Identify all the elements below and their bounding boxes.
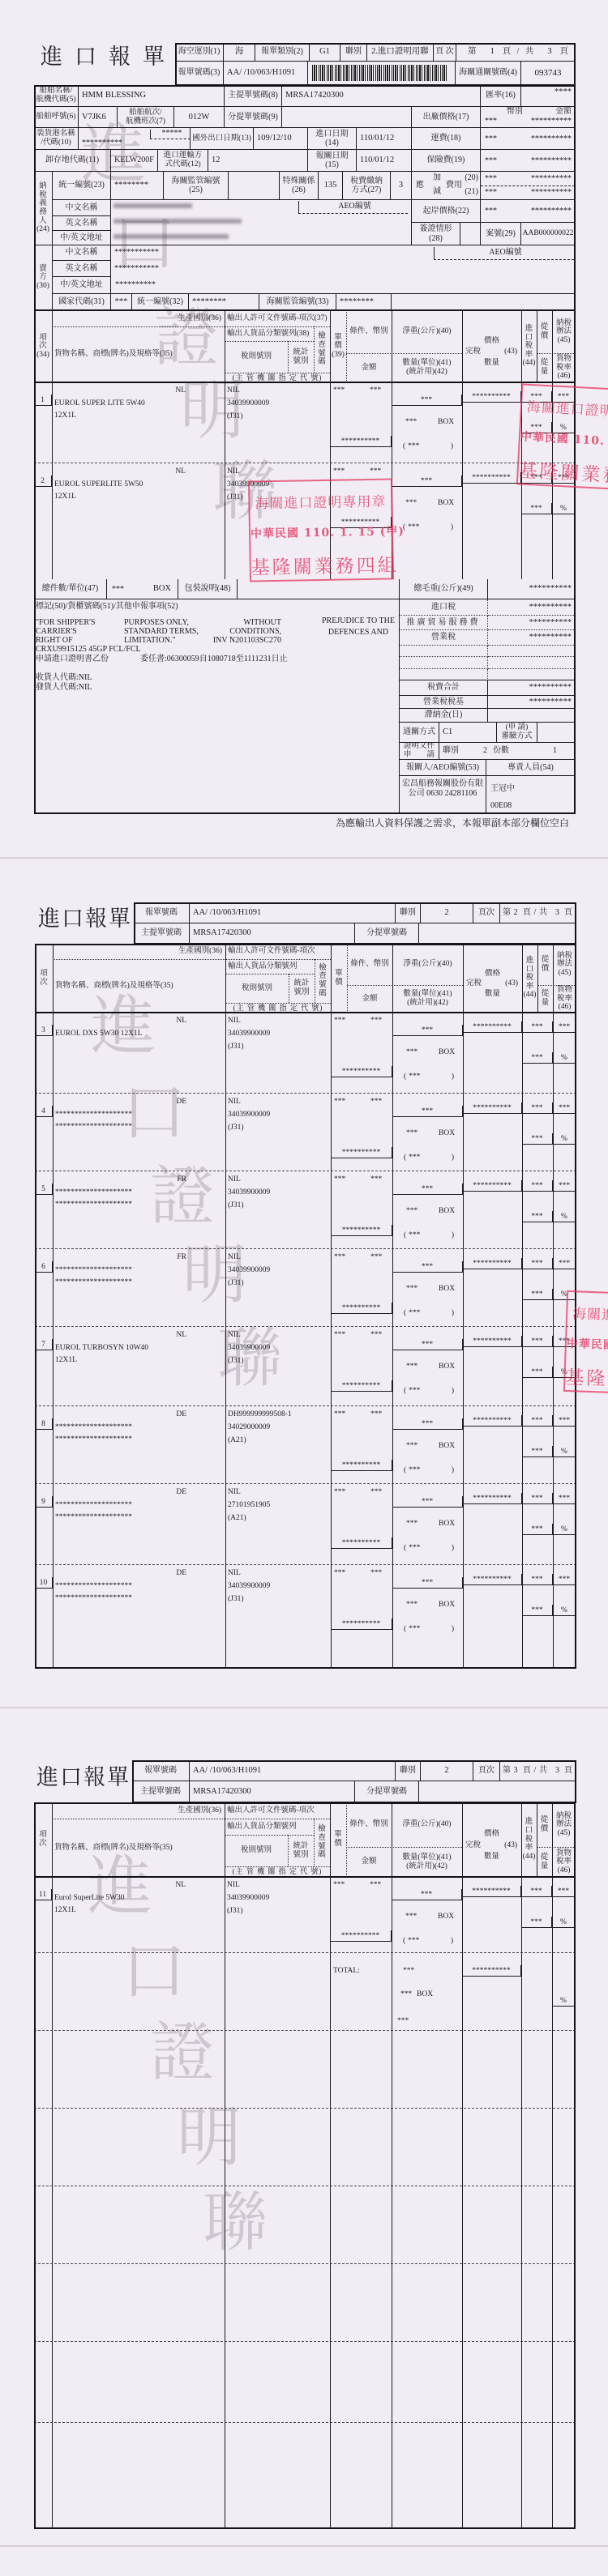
item-number: 2 — [34, 476, 52, 487]
permit-number: NIL — [227, 385, 328, 396]
dutiable-value: ********** — [463, 1336, 522, 1347]
header-tariff-no: 稅則號別 — [225, 974, 289, 1003]
import-duty-rate: *** — [522, 1258, 553, 1269]
total-net-weight: *** — [403, 1965, 427, 1977]
header-dutiable-no: (43) — [488, 347, 520, 356]
remarks-statement-text: PURPOSES ONLY, — [124, 618, 189, 627]
column-divider — [553, 1013, 554, 1669]
insurance-currency: *** — [485, 156, 497, 166]
taxpayer-address-label: 中/英文地址 — [53, 231, 111, 245]
total-row: TOTAL:******BOX*************% — [34, 1953, 576, 2031]
adjust-fee-label: 費用 — [446, 181, 462, 190]
column-divider — [330, 1877, 331, 2529]
tax-blank-value — [488, 669, 576, 680]
fob-price-cell: 幣別 金額 *** ********** — [481, 107, 576, 128]
permit-number: NIL — [227, 466, 328, 477]
freight-label: 運費(18) — [412, 128, 481, 150]
declaration-no-value: AA/ /10/063/H1091 — [190, 1760, 396, 1781]
terms-currency: *** — [370, 1567, 392, 1579]
commodity-tax-rate: % — [553, 1605, 576, 1616]
items-table-header: 項 次生產國別(36)貨物名稱、商標(牌名)及規格等(35)輸出人許可文件號碼-… — [35, 944, 576, 1013]
header-specific: 從 量 — [537, 1847, 552, 1877]
permit-number: NIL — [228, 1329, 329, 1341]
column-divider — [53, 1013, 54, 1669]
exchange-rate-label: 匯率(16) — [481, 85, 521, 107]
column-divider — [225, 944, 226, 1013]
quantity-unit: BOX — [439, 1440, 460, 1452]
column-divider — [537, 1802, 537, 1877]
certificate-count-label: 份數 — [493, 746, 509, 756]
goods-description: ******************** — [55, 1593, 221, 1604]
import-duty-rate: *** — [521, 1886, 552, 1897]
import-duty-rate: *** — [522, 1021, 553, 1033]
storage-code-value: KELW200F — [111, 150, 158, 172]
clearance-no-value: 093743 — [521, 62, 576, 85]
column-divider — [314, 1819, 315, 1866]
column-divider — [392, 944, 393, 1013]
header-permit-no: 輸出人許可文件號碼-項次 — [225, 1802, 330, 1819]
header-permit-no: 輸出人許可文件號碼-項次(37) — [225, 310, 330, 326]
statistical-quantity: *** — [404, 1071, 454, 1082]
column-divider — [331, 1013, 332, 1669]
empty-item-row — [34, 2423, 576, 2529]
import-duty-label: 進口稅 — [400, 599, 488, 616]
statistical-quantity: *** — [404, 1307, 454, 1319]
agency-code: (J31) — [228, 1200, 329, 1211]
tax-blank-label — [400, 646, 488, 657]
loading-port-cell: ********** ***** — [79, 128, 191, 150]
call-sign-value: V7JK6 — [79, 107, 118, 128]
tariff-number: 34039900009 — [227, 398, 328, 409]
agency-code: (J31) — [228, 1593, 329, 1605]
column-divider — [522, 944, 523, 1013]
row-divider — [537, 353, 576, 354]
power-of-attorney: 委任書:06300059自1080718至1111231日止 — [140, 655, 288, 663]
quantity-unit: BOX — [439, 1283, 460, 1294]
statistical-quantity: *** — [404, 1465, 454, 1476]
header-stat-no: 統計 號別 — [288, 341, 314, 373]
item-number: 3 — [35, 1025, 53, 1036]
declaration-no-label: 報單號碼(3) — [175, 62, 224, 85]
stamp-office: 基隆關業務四組 — [565, 1363, 608, 1394]
header-price: 價格 — [462, 336, 521, 346]
seller-customs-id-value: ******** — [336, 294, 392, 310]
statistical-quantity: *** — [404, 1542, 454, 1554]
specific-duty-rate: *** — [522, 1605, 553, 1616]
column-divider — [225, 1877, 225, 2529]
quantity: *** — [405, 1911, 430, 1922]
seller-country-value: *** — [111, 294, 132, 310]
insurance-cell: *** ********** — [481, 150, 576, 172]
deduct-currency: *** — [485, 188, 497, 198]
tax-blank-value — [488, 646, 576, 657]
late-fee-label: 滯納金(日) — [400, 709, 488, 723]
stamp-date: 中華民國 110. 1. 15 (甲) — [520, 428, 608, 451]
header-price: 價格 — [462, 1829, 521, 1839]
column-divider — [521, 1877, 522, 2529]
declaration-type-label: 報單類別(2) — [255, 43, 310, 62]
inspection-method-value — [537, 723, 576, 743]
seller-country-label: 國家代碼(31) — [53, 294, 111, 310]
currency-label: 幣別 — [507, 107, 523, 117]
copy-label: 聯別 — [396, 902, 421, 923]
goods-description: Eurol SuperLite 5W30 — [54, 1892, 221, 1904]
specific-duty-rate: *** — [521, 1917, 552, 1928]
seller-group-label: 賣 方 (30) — [34, 245, 53, 310]
master-bl-label: 主提單號碼(8) — [225, 85, 282, 107]
header-duty-rate: 進 口 稅 率 (44) — [521, 1802, 537, 1877]
statistical-quantity: *** — [404, 1152, 454, 1163]
remarks-statement-text: STANDARD TERMS, — [124, 627, 199, 636]
specific-duty-rate: *** — [522, 1446, 553, 1457]
import-date-label: 進口日期(14) — [308, 128, 357, 150]
column-divider — [346, 1802, 347, 1877]
unit-price: *** — [333, 385, 353, 396]
tariff-number: 27101951905 — [228, 1499, 329, 1511]
item-number: 11 — [34, 1889, 52, 1900]
fob-amount: ********** — [531, 117, 572, 126]
customs-stamp: 海關進口證明專用章 中華民國 110. 1. 15 (甲) 基隆關業務四組 — [248, 478, 394, 582]
terms-currency: *** — [370, 1486, 392, 1498]
origin-country: DE — [140, 1567, 186, 1579]
column-divider — [53, 944, 54, 1013]
stamp-title: 海關進口證明專用章 — [250, 489, 391, 512]
declare-date-label: 報關日期(15) — [308, 150, 357, 172]
master-bl-value: MRSA17420300 — [282, 85, 481, 107]
column-divider — [347, 944, 348, 1013]
dutiable-value: ********** — [463, 1415, 522, 1427]
remarks-statement-text: DEFENCES AND — [319, 628, 397, 637]
column-divider — [314, 326, 315, 373]
remarks-statement-text: "FOR SHIPPER'S — [36, 618, 95, 627]
origin-country: FR — [140, 1174, 186, 1185]
packing-value — [238, 579, 400, 599]
commodity-tax-rate: % — [552, 503, 576, 514]
stamp-office: 基隆關業務四組 — [518, 455, 608, 489]
header-stat-no: 統計 號別 — [288, 1835, 314, 1866]
column-divider — [552, 310, 553, 382]
page-edge — [0, 857, 608, 859]
header-item-no: 項 次 — [35, 944, 53, 1013]
agency-code: (A21) — [228, 1435, 329, 1446]
remarks-statement-text: LIMITATION." — [124, 636, 176, 645]
tax-total-label: 稅費合計 — [400, 680, 488, 696]
origin-country: NL — [140, 1329, 186, 1341]
master-bl-label: 主提單號碼 — [132, 1781, 190, 1802]
copy-label: 聯別 — [340, 43, 367, 62]
declaration-type-value: G1 — [310, 43, 340, 62]
item-row: 5FR*************************************… — [35, 1171, 576, 1249]
terms-currency: *** — [370, 1329, 392, 1341]
remarks-section: 標記(50)/貨櫃號碼(51)/其他申報事項(52) "FOR SHIPPER'… — [34, 599, 400, 814]
tax-method: *** — [553, 1258, 576, 1269]
cif-label: 起岸價格(22) — [412, 200, 481, 223]
total-quantity: *** — [400, 1989, 418, 2000]
origin-country: FR — [140, 1252, 186, 1263]
dutiable-value: ********** — [462, 391, 521, 403]
broker-cell: 宏昌船務報關股份有限公司 0630 24281106 — [400, 776, 486, 814]
column-divider — [553, 944, 554, 1013]
header-dutiable-qty: 數量 — [462, 358, 521, 368]
payment-method-label: 稅費繳納 方式(27) — [343, 172, 391, 200]
seller-name-en: *********** — [114, 264, 159, 274]
gross-weight-value: ********** — [488, 579, 576, 599]
import-duty-rate: *** — [522, 1574, 553, 1585]
special-relation-label: 特殊關係 (26) — [280, 172, 319, 200]
unit-price: *** — [334, 1329, 353, 1341]
item-row: 3NLEUROL DXS 5W30 12X1LNIL34039900009(J3… — [35, 1013, 576, 1094]
page-indicator: 第3 頁/共 3 頁 — [500, 1760, 576, 1781]
column-divider — [52, 1802, 53, 1877]
remarks-statement-text: PREJUDICE TO THE — [319, 616, 397, 625]
header-duty-rate: 進 口 稅 率 (44) — [521, 310, 537, 382]
page-edge — [0, 2545, 608, 2547]
house-bl-value — [419, 1781, 576, 1802]
add-amount: ********** — [531, 174, 572, 184]
house-bl-value — [282, 107, 412, 128]
commodity-tax-rate: % — [553, 1211, 576, 1222]
container-info: CRXU9915125 45GP FCL/FCL — [36, 645, 141, 654]
add-currency: *** — [485, 174, 497, 184]
quantity: *** — [406, 1205, 430, 1217]
quantity-unit: BOX — [439, 1128, 460, 1139]
header-unit-price: 單 價 — [331, 944, 347, 1013]
header-dutiable-qty: 數量 — [463, 989, 522, 999]
header-item-no: 項 次 — [34, 1802, 52, 1877]
header-goods-description: 貨物名稱、商標(牌名)及規格等(35) — [52, 1819, 225, 1877]
header-amount: 金額 — [347, 985, 392, 1013]
quantity: *** — [406, 1361, 430, 1372]
certificate-request: 申請進口證明書乙份 — [36, 655, 109, 663]
origin-country: DE — [140, 1486, 186, 1498]
column-divider — [288, 1835, 289, 1866]
quantity: *** — [406, 1283, 430, 1294]
barcode-cell — [308, 62, 456, 85]
total-statistical-quantity: *** — [397, 2015, 422, 2027]
column-divider — [552, 1877, 553, 2529]
column-divider — [392, 310, 392, 382]
clearance-method-label: 通關方式 — [400, 723, 439, 743]
net-weight: *** — [392, 476, 462, 487]
case-no-value: AAB000000022 — [521, 223, 576, 245]
statistical-quantity: *** — [404, 1230, 454, 1241]
certificate-copy-label: 聯別 — [443, 746, 459, 756]
header-commodity-tax-rate: 貨物 稅率 (46) — [552, 353, 576, 382]
column-divider — [331, 944, 332, 1013]
unit-price: *** — [333, 1879, 353, 1891]
net-weight: *** — [392, 395, 462, 406]
freight-cell: *** ********** — [481, 128, 576, 150]
item-row: 11NLEurol SuperLite 5W3012X1LNIL34039900… — [34, 1877, 576, 1953]
commodity-tax-rate: % — [553, 1446, 576, 1457]
loading-port-code: ***** — [150, 130, 191, 139]
unit-price: *** — [334, 1015, 353, 1026]
total-packages-label: 總件數/單位(47) — [34, 579, 107, 599]
header-unit-price: 單 價 (39) — [330, 310, 346, 382]
goods-description: ******************** — [55, 1121, 221, 1132]
item-row: 10DE************************************… — [35, 1565, 576, 1669]
late-fee-value — [488, 709, 576, 723]
tax-blank-label — [400, 669, 488, 680]
stamp-date: 中華民國 110. 1. 15 (甲) — [250, 522, 392, 541]
item-row: 6FR*************************************… — [35, 1249, 576, 1327]
goods-description: 12X1L — [54, 1904, 221, 1916]
column-divider — [552, 1802, 553, 1877]
statistical-quantity: *** — [403, 441, 453, 452]
permit-number: NIL — [228, 1096, 329, 1107]
dutiable-value: ********** — [463, 1574, 522, 1585]
terms-currency: *** — [370, 1879, 391, 1891]
commodity-tax-rate: % — [553, 1524, 576, 1535]
seller-name-zh: *********** — [114, 248, 159, 258]
stamp-title: 海關進口證明專用章 — [567, 1302, 608, 1327]
officer-cell: 王冠中 00E08 — [486, 776, 576, 814]
header-goods-description: 貨物名稱、商標(牌名)及規格等(35) — [52, 326, 225, 382]
item-number: 9 — [35, 1496, 53, 1508]
master-bl-label: 主提單號碼 — [134, 923, 190, 944]
origin-country: NL — [139, 466, 186, 477]
total-label: TOTAL: — [333, 1965, 382, 1977]
business-tax-label: 營業稅 — [400, 630, 488, 646]
tax-method: *** — [553, 1493, 576, 1504]
terms-currency: *** — [370, 1174, 392, 1185]
dutiable-value: ********** — [463, 1102, 522, 1114]
quantity-unit: BOX — [439, 1047, 460, 1058]
origin-country: DE — [140, 1409, 186, 1420]
freight-currency: *** — [485, 134, 497, 144]
cif-amount: ********** — [531, 207, 572, 216]
house-bl-label: 分提單號碼 — [355, 923, 419, 944]
call-sign-label: 船舶呼號(6) — [34, 107, 79, 128]
seller-name-en-label: 英文名稱 — [53, 261, 111, 277]
quantity-unit: BOX — [439, 1599, 460, 1610]
row-divider — [225, 1835, 314, 1836]
seller-id-value: ******** — [189, 294, 259, 310]
total-packages-cell: *** BOX — [107, 579, 178, 599]
item-number: 10 — [35, 1577, 53, 1589]
vat-base-label: 營業稅稅基 — [400, 696, 488, 709]
trade-promotion-fee-value: ********** — [488, 616, 576, 630]
header-price: 價格 — [463, 969, 522, 979]
taxpayer-aeo-field: AEO編號 — [298, 201, 408, 214]
tax-method: *** — [553, 1415, 576, 1427]
seller-id-label: 統一編號(32) — [132, 294, 189, 310]
import-declaration-scan: 進 口 證 明 聯 進口報單 海空運別(1) 海 報單類別(2) G1 聯別 2… — [0, 0, 608, 2576]
trade-promotion-fee-label: 推廣貿易服務費 — [400, 616, 488, 630]
statistical-quantity: *** — [403, 1935, 453, 1947]
voyage-label: 船舶航次/ 航機班次(7) — [118, 107, 174, 128]
inspection-method-label: (申 請) 審驗方式 — [497, 723, 537, 743]
items-table: 項 次生產國別(36)貨物名稱、商標(牌名)及規格等(35)輸出人許可文件號碼-… — [34, 1802, 576, 2529]
row-divider — [225, 373, 330, 373]
net-weight: *** — [392, 1025, 463, 1036]
seller-customs-id-label: 海關監管編號(33) — [259, 294, 336, 310]
dashed-separator — [481, 186, 575, 186]
header-net-weight: 淨重(公斤)(40) — [392, 310, 462, 353]
broker-name: 宏昌船務報關股份有限公司 0630 24281106 — [402, 779, 483, 799]
statistical-quantity: *** — [404, 1623, 454, 1635]
item-row: 9DE*************************************… — [35, 1484, 576, 1565]
unit-price: *** — [334, 1409, 353, 1420]
origin-country: NL — [139, 385, 186, 396]
header-quantity: 數量(單位)(41) (統計用)(42) — [392, 353, 462, 382]
amount: ********** — [331, 1619, 392, 1630]
header-tariff-no: 稅則號別 — [225, 341, 288, 373]
item-row: 4DE*************************************… — [35, 1094, 576, 1171]
goods-description: ******************** — [55, 1580, 221, 1592]
item-number: 6 — [35, 1261, 53, 1273]
quantity: *** — [406, 1128, 430, 1139]
row-divider — [52, 1819, 225, 1819]
dutiable-value: ********** — [463, 1021, 522, 1033]
cif-currency: *** — [485, 207, 497, 216]
column-divider — [288, 341, 289, 373]
copy-value: 2 — [421, 902, 473, 923]
header-origin: 生產國別(36) — [53, 944, 225, 959]
header-origin: 生產國別(36) — [52, 1802, 225, 1819]
header-dutiable-no: (43) — [488, 1840, 520, 1850]
net-weight: *** — [392, 1418, 463, 1430]
goods-description: EUROL DXS 5W30 12X1L — [55, 1028, 221, 1039]
header-stat-no: 統計 號別 — [289, 974, 315, 1003]
insurance-label: 保險費(19) — [412, 150, 481, 172]
commodity-tax-rate: % — [553, 1052, 576, 1064]
header-origin: 生產國別(36) — [52, 310, 225, 326]
quantity: *** — [406, 1599, 430, 1610]
amount: ********** — [331, 1147, 392, 1158]
declaration-no-label: 報單號碼 — [134, 902, 190, 923]
voyage-value: 012W — [174, 107, 225, 128]
column-divider — [392, 1877, 392, 2529]
visa-label: 簽證情形 (28) — [412, 223, 460, 245]
column-divider — [462, 310, 463, 382]
consignor-code: 發貨人代碼:NIL — [36, 683, 92, 692]
page-label: 頁 次 — [434, 43, 456, 62]
permit-number: NIL — [228, 1486, 329, 1498]
officer-name: 王冠中 — [490, 784, 515, 794]
header-net-weight: 淨重(公斤)(40) — [392, 944, 463, 985]
goods-description: ******************** — [55, 1187, 221, 1198]
unit-price: *** — [334, 1486, 353, 1498]
freight-amount: ********** — [531, 134, 572, 144]
copy-value: 2.進口證明用聯 — [367, 43, 434, 62]
specific-duty-rate: *** — [522, 1524, 553, 1535]
taxpayer-name-zh-label: 中文名稱 — [53, 200, 111, 216]
amount: ********** — [330, 436, 392, 447]
column-divider — [315, 959, 315, 1003]
column-divider — [462, 1877, 463, 2529]
transport-mode-label: 海空運別(1) — [175, 43, 224, 62]
vessel-name-label: 船舶名稱/ 航機代碼(5) — [34, 85, 79, 107]
items-table: 項 次生產國別(36)貨物名稱、商標(牌名)及規格等(35)輸出人許可文件號碼-… — [35, 944, 576, 1669]
officer-code: 00E08 — [490, 801, 512, 811]
header-dutiable-no: (43) — [489, 979, 521, 988]
form-title: 進口報單 — [36, 1767, 131, 1789]
cif-cell: *** ********** — [481, 200, 576, 223]
certificate-count-value: 1 — [553, 746, 557, 756]
column-divider — [225, 382, 225, 579]
declaration-no-value: AA/ /10/063/H1091 — [224, 62, 308, 85]
adjust-should-label: 應 — [416, 181, 424, 190]
header-dutiable-qty: 數量 — [462, 1852, 521, 1862]
net-weight: *** — [392, 1339, 463, 1350]
quantity-unit: BOX — [439, 1205, 460, 1217]
transport-code-label: 進口運輸方 式代碼(12) — [158, 150, 208, 172]
header-ad-valorem: 從 價 — [537, 1802, 552, 1847]
payment-method-value: 3 — [391, 172, 412, 200]
storage-code-label: 卸存地代碼(11) — [34, 150, 111, 172]
stamp-office: 基隆關業務四組 — [250, 550, 392, 579]
